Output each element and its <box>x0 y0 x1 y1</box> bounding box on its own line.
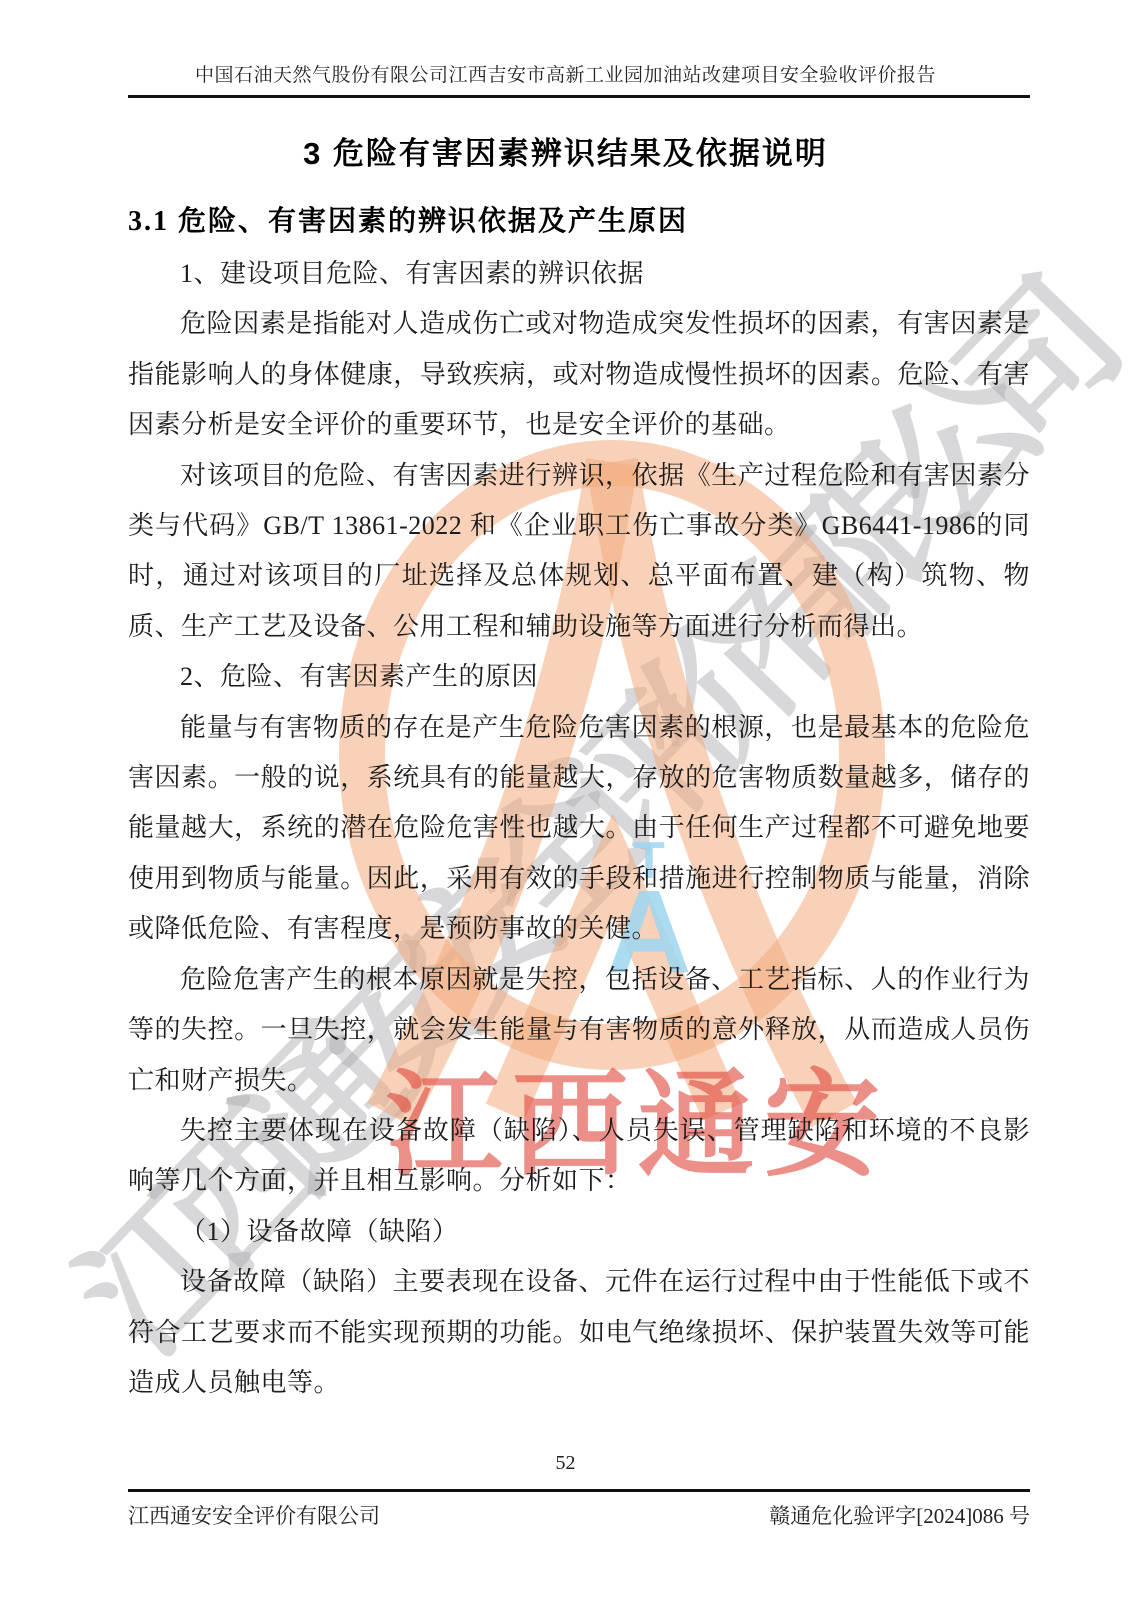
paragraph: 危险因素是指能对人造成伤亡或对物造成突发性损坏的因素，有害因素是指能影响人的身体… <box>128 299 1030 450</box>
footer: 江西通安安全评价有限公司 赣通危化验评字[2024]086 号 <box>128 1500 1030 1530</box>
document-page: 江西通安安全评价有限公司 T A 江西通安 中国石油天然气股份有限公司江西吉安市… <box>0 0 1131 1600</box>
footer-rule <box>128 1489 1030 1492</box>
chapter-title: 3 危险有害因素辨识结果及依据说明 <box>0 128 1131 173</box>
section-heading: 3.1 危险、有害因素的辨识依据及产生原因 <box>128 199 1030 239</box>
body-text: 1、建设项目危险、有害因素的辨识依据 危险因素是指能对人造成伤亡或对物造成突发性… <box>128 249 1030 1408</box>
report-header-title: 中国石油天然气股份有限公司江西吉安市高新工业园加油站改建项目安全验收评价报告 <box>0 0 1131 87</box>
paragraph: 对该项目的危险、有害因素进行辨识，依据《生产过程危险和有害因素分类与代码》GB/… <box>128 451 1030 653</box>
paragraph: 2、危险、有害因素产生的原因 <box>128 652 1030 702</box>
paragraph: 失控主要体现在设备故障（缺陷）、人员失误、管理缺陷和环境的不良影响等几个方面，并… <box>128 1106 1030 1207</box>
paragraph: （1）设备故障（缺陷） <box>128 1207 1030 1257</box>
page-number: 52 <box>0 1452 1131 1475</box>
paragraph: 设备故障（缺陷）主要表现在设备、元件在运行过程中由于性能低下或不符合工艺要求而不… <box>128 1257 1030 1408</box>
footer-document-number: 赣通危化验评字[2024]086 号 <box>769 1500 1030 1530</box>
header-rule <box>128 95 1030 98</box>
paragraph: 1、建设项目危险、有害因素的辨识依据 <box>128 249 1030 299</box>
paragraph: 危险危害产生的根本原因就是失控，包括设备、工艺指标、人的作业行为等的失控。一旦失… <box>128 955 1030 1106</box>
document-content: 中国石油天然气股份有限公司江西吉安市高新工业园加油站改建项目安全验收评价报告 3… <box>0 0 1131 1408</box>
footer-company: 江西通安安全评价有限公司 <box>128 1500 380 1530</box>
paragraph: 能量与有害物质的存在是产生危险危害因素的根源，也是最基本的危险危害因素。一般的说… <box>128 703 1030 955</box>
